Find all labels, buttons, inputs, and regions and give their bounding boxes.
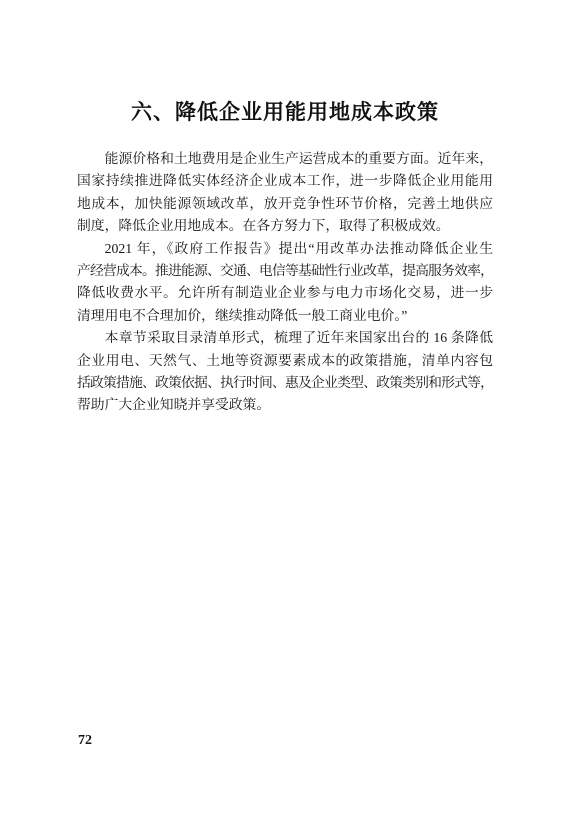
text-line: 降低收费水平。允许所有制造业企业参与电力市场化交易，进一步 (77, 282, 493, 304)
text-line: 企业用电、天然气、土地等资源要素成本的政策措施，清单内容包 (77, 350, 493, 372)
text-line: 能源价格和土地费用是企业生产运营成本的重要方面。近年来， (77, 148, 493, 170)
text-line: 括政策措施、政策依据、执行时间、惠及企业类型、政策类别和形式等， (77, 372, 493, 394)
text-line: 清理用电不合理加价，继续推动降低一般工商业电价。” (77, 305, 493, 327)
text-line: 本章节采取目录清单形式，梳理了近年来国家出台的 16 条降低 (77, 327, 493, 349)
page-number: 72 (78, 733, 92, 749)
paragraph-3: 本章节采取目录清单形式，梳理了近年来国家出台的 16 条降低 企业用电、天然气、… (77, 327, 493, 417)
document-page: 六、降低企业用能用地成本政策 能源价格和土地费用是企业生产运营成本的重要方面。近… (0, 0, 570, 816)
paragraph-2: 2021 年，《政府工作报告》提出“用改革办法推动降低企业生 产经营成本。推进能… (77, 238, 493, 328)
text-line: 帮助广大企业知晓并享受政策。 (77, 394, 493, 416)
paragraph-1: 能源价格和土地费用是企业生产运营成本的重要方面。近年来， 国家持续推进降低实体经… (77, 148, 493, 238)
text-line: 地成本，加快能源领域改革，放开竞争性环节价格，完善土地供应 (77, 193, 493, 215)
text-line: 产经营成本。推进能源、交通、电信等基础性行业改革，提高服务效率， (77, 260, 493, 282)
text-line: 制度，降低企业用地成本。在各方努力下，取得了积极成效。 (77, 215, 493, 237)
text-line: 国家持续推进降低实体经济企业成本工作，进一步降低企业用能用 (77, 170, 493, 192)
text-line: 2021 年，《政府工作报告》提出“用改革办法推动降低企业生 (77, 238, 493, 260)
page-title: 六、降低企业用能用地成本政策 (0, 97, 570, 129)
body-text: 能源价格和土地费用是企业生产运营成本的重要方面。近年来， 国家持续推进降低实体经… (77, 148, 493, 417)
